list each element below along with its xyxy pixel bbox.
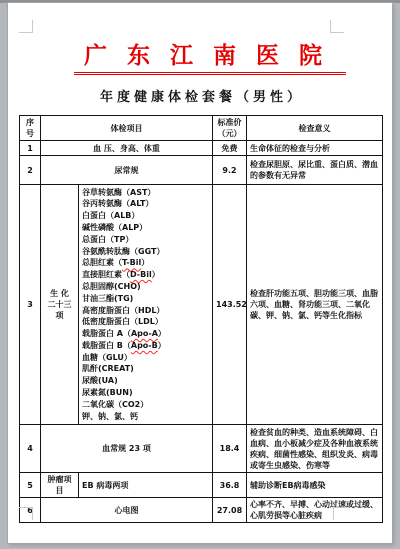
meaning-cell: 心率不齐、早搏、心动过速或过缓、心肌劳损等心脏疾病	[247, 498, 383, 523]
biochem-item: 总胆固醇(CHO)	[82, 281, 209, 293]
biochem-item: 载脂蛋白 A（Apo-A）	[82, 328, 209, 340]
col-header-price: 标准价 （元）	[213, 116, 247, 141]
row-no: 3	[20, 185, 41, 425]
hospital-title: 广东江南医院	[74, 37, 346, 75]
checkup-table: 序 号 体检项目 标准价 （元） 检查意义 1 血 压、身高、体重 免费 生命体…	[19, 115, 383, 523]
group-label-cell: 肿瘤项目	[41, 473, 79, 498]
package-subtitle: 年度健康体检套餐（男性）	[100, 86, 304, 105]
table-row: 6 心电图 27.08 心率不齐、早搏、心动过速或过缓、心肌劳损等心脏疾病	[20, 498, 383, 523]
row-no: 1	[20, 141, 41, 156]
biochem-item: 碱性磷酸（ALP）	[82, 222, 209, 234]
margin-mark-top-right	[330, 20, 344, 33]
table-row: 1 血 压、身高、体重 免费 生命体征的检查与分析	[20, 141, 383, 156]
biochem-item: 白蛋白（ALB）	[82, 210, 209, 222]
meaning-cell: 生命体征的检查与分析	[247, 141, 383, 156]
item-cell: 心电图	[41, 498, 213, 523]
biochem-item: 钾、钠、氯、钙	[82, 411, 209, 423]
table-row: 2 尿常规 9.2 检查尿胆原、尿比重、蛋白质、潜血的参数有无异常	[20, 156, 383, 185]
col-header-no: 序 号	[20, 116, 41, 141]
item-cell: 血 压、身高、体重	[41, 141, 213, 156]
price-cell: 免费	[213, 141, 247, 156]
margin-mark-bottom-right	[333, 507, 347, 520]
biochem-item: 谷丙转氨酶（ALT）	[82, 198, 209, 210]
price-cell: 9.2	[213, 156, 247, 185]
row-no: 4	[20, 425, 41, 473]
biochem-item: 低密度脂蛋白（LDL）	[82, 316, 209, 328]
document-page: 广东江南医院 年度健康体检套餐（男性） 序 号 体检项目 标准价 （元） 检查意…	[8, 3, 392, 543]
table-row: 5 肿瘤项目 EB 病毒两项 36.8 辅助诊断EB病毒感染	[20, 473, 383, 498]
table-row: 4 血常规 23 项 18.4 检查贫血的种类、造血系统障碍、白血病、血小板减少…	[20, 425, 383, 473]
biochem-item: 肌酐(CREAT)	[82, 363, 209, 375]
table-row: 3 生 化 二十三项 谷草转氨酶（AST）谷丙转氨酶（ALT）白蛋白（ALB）碱…	[20, 185, 383, 425]
biochem-item: 谷氨酰转肽酶（GGT）	[82, 246, 209, 258]
biochem-item: 甘油三酯(TG)	[82, 293, 209, 305]
biochem-item: 直接胆红素（D-Bil）	[82, 269, 209, 281]
biochem-item: 总胆红素（T-Bil）	[82, 257, 209, 269]
meaning-cell: 检查肝功能五项、胆功能三项、血脂六项、血糖、肾功能三项、二氧化碳、钾、钠、氯、钙…	[247, 185, 383, 425]
biochem-item: 二氧化碳（CO2）	[82, 399, 209, 411]
row-no: 2	[20, 156, 41, 185]
biochem-item: 尿素氮(BUN)	[82, 387, 209, 399]
meaning-cell: 检查尿胆原、尿比重、蛋白质、潜血的参数有无异常	[247, 156, 383, 185]
meaning-cell: 检查贫血的种类、造血系统障碍、白血病、血小板减少症及各种血液系统疾病、细菌性感染…	[247, 425, 383, 473]
margin-mark-bottom-left	[19, 507, 33, 520]
item-cell: 尿常规	[41, 156, 213, 185]
col-header-meaning: 检查意义	[247, 116, 383, 141]
item-cell: EB 病毒两项	[79, 473, 213, 498]
price-cell: 36.8	[213, 473, 247, 498]
margin-mark-top-left	[19, 20, 33, 33]
group-label-cell: 生 化 二十三项	[41, 185, 79, 425]
price-cell: 27.08	[213, 498, 247, 523]
biochem-item: 血糖（GLU）	[82, 352, 209, 364]
row-no: 5	[20, 473, 41, 498]
biochem-items: 谷草转氨酶（AST）谷丙转氨酶（ALT）白蛋白（ALB）碱性磷酸（ALP）总蛋白…	[79, 185, 213, 425]
biochem-item: 尿酸(UA)	[82, 375, 209, 387]
biochem-item: 总蛋白（TP）	[82, 234, 209, 246]
price-cell: 18.4	[213, 425, 247, 473]
biochem-item: 高密度脂蛋白（HDL）	[82, 305, 209, 317]
biochem-item: 谷草转氨酶（AST）	[82, 187, 209, 199]
meaning-cell: 辅助诊断EB病毒感染	[247, 473, 383, 498]
biochem-item: 载脂蛋白 B（Apo-B）	[82, 340, 209, 352]
col-header-item: 体检项目	[41, 116, 213, 141]
price-cell: 143.52	[213, 185, 247, 425]
item-cell: 血常规 23 项	[41, 425, 213, 473]
